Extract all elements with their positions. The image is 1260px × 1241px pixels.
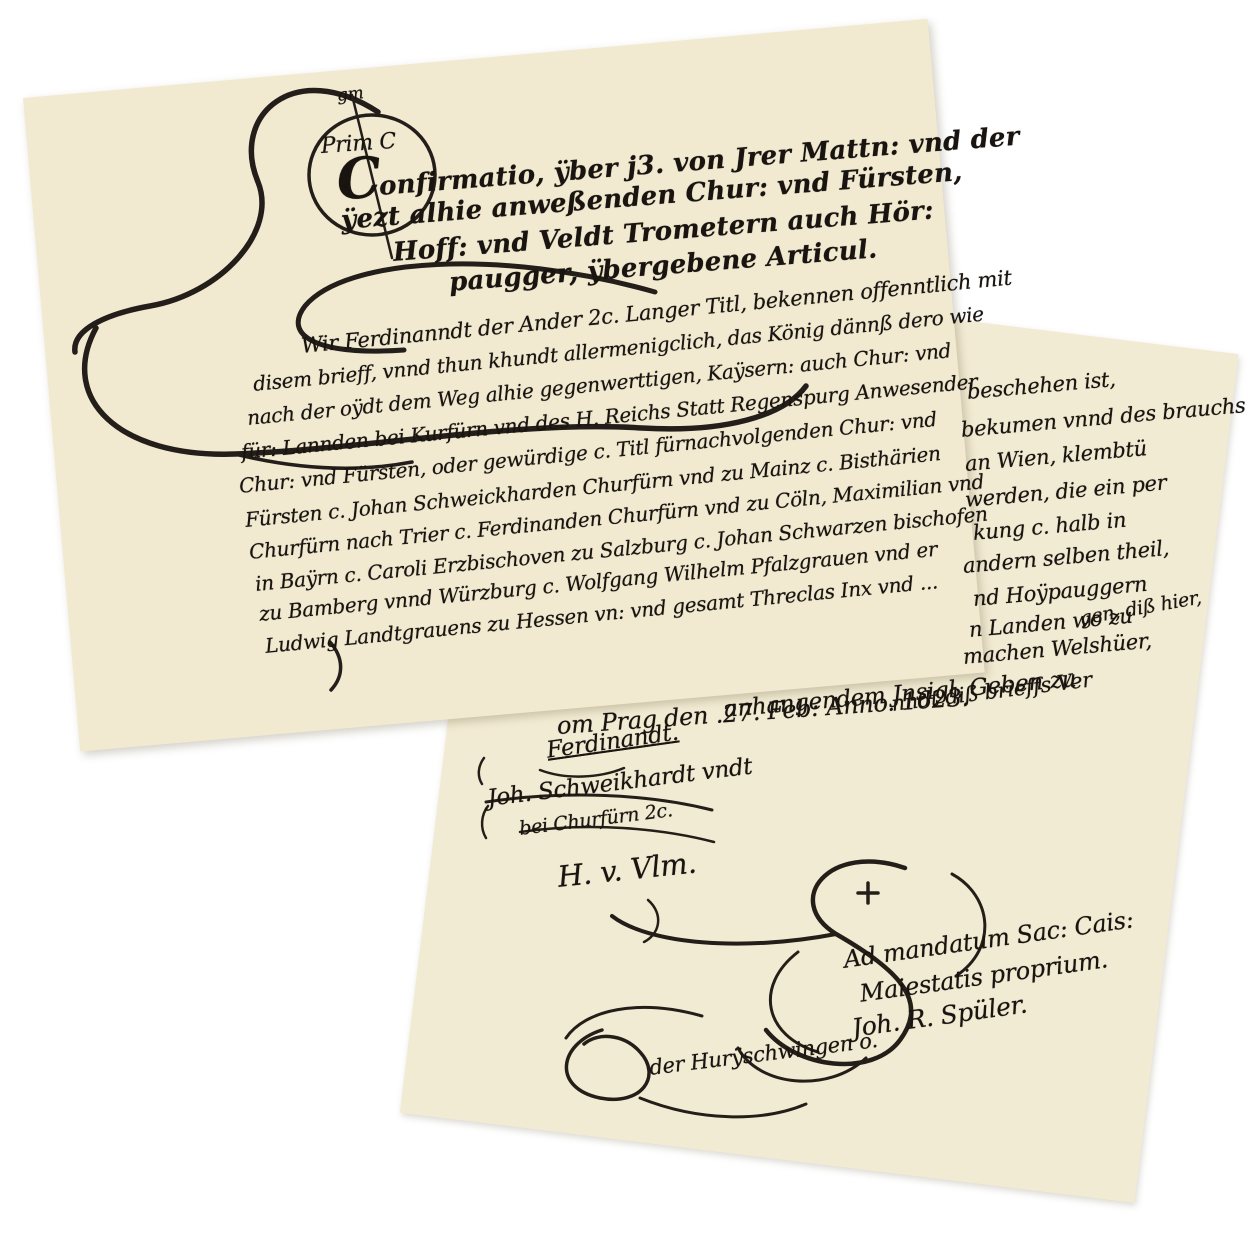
mandate-flourish	[612, 861, 985, 1081]
registry-mark-flourish	[75, 91, 435, 352]
calligraphic-flourishes	[0, 0, 1260, 1241]
paren-mark	[330, 642, 488, 838]
ferdinand-underline-stroke	[540, 768, 624, 777]
registrar-flourish	[566, 1007, 806, 1116]
manuscript-scan: { "document": { "background_color": "#ff…	[0, 0, 1260, 1241]
chancellor-strike-stroke	[486, 795, 714, 842]
